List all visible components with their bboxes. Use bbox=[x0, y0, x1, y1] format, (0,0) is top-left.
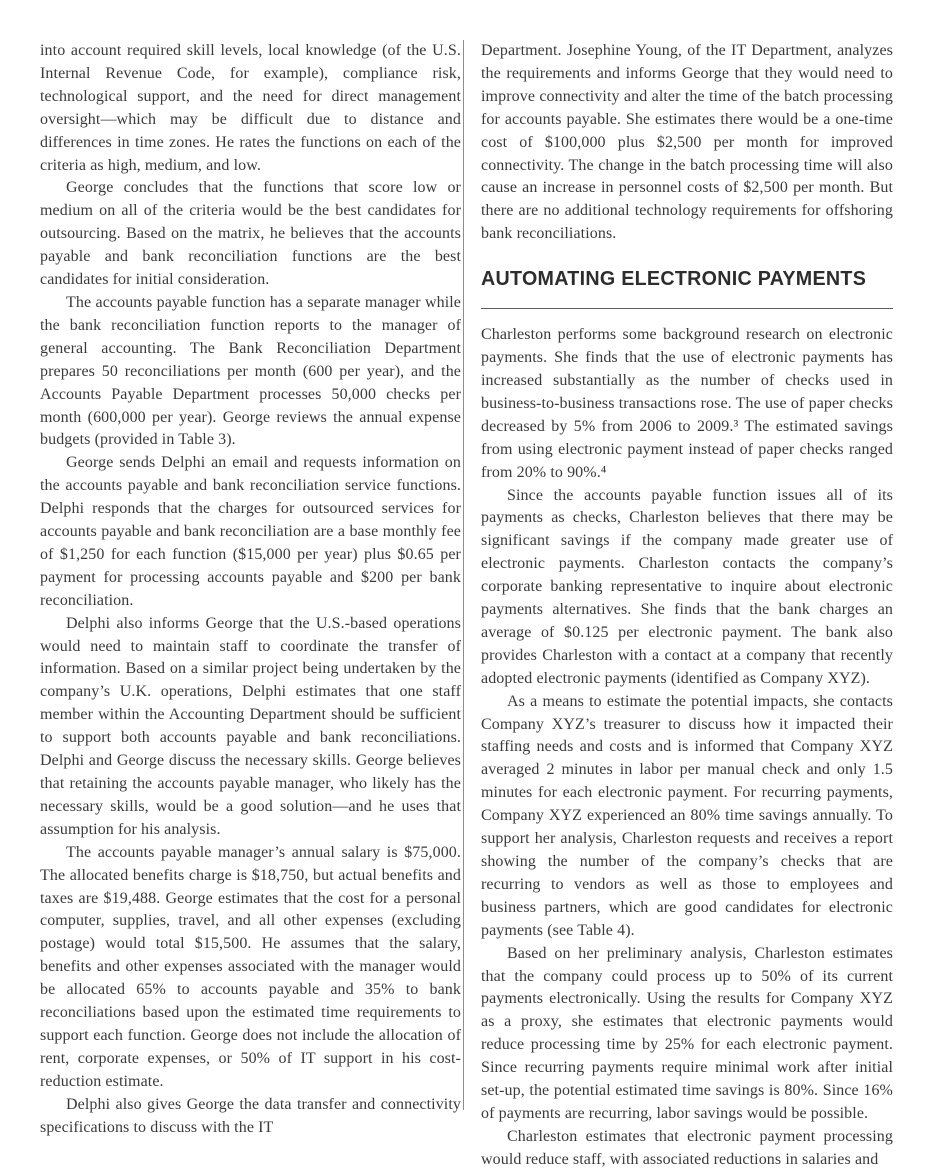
left-text-column: into account required skill levels, loca… bbox=[40, 40, 461, 1140]
paragraph: Charleston estimates that electronic pay… bbox=[481, 1126, 893, 1170]
paragraph: George concludes that the functions that… bbox=[40, 177, 461, 292]
paragraph: Based on her preliminary analysis, Charl… bbox=[481, 943, 893, 1126]
section-heading: AUTOMATING ELECTRONIC PAYMENTS bbox=[481, 267, 877, 291]
paragraph: The accounts payable manager’s annual sa… bbox=[40, 842, 461, 1094]
paragraph: Delphi also informs George that the U.S.… bbox=[40, 613, 461, 842]
paragraph: into account required skill levels, loca… bbox=[40, 40, 461, 177]
paragraph: Since the accounts payable function issu… bbox=[481, 485, 893, 691]
paragraph: As a means to estimate the potential imp… bbox=[481, 691, 893, 943]
heading-rule bbox=[481, 308, 893, 309]
document-page: into account required skill levels, loca… bbox=[0, 0, 938, 1170]
paragraph: George sends Delphi an email and request… bbox=[40, 452, 461, 612]
paragraph: Charleston performs some background rese… bbox=[481, 324, 893, 484]
paragraph: Department. Josephine Young, of the IT D… bbox=[481, 40, 893, 246]
right-text-column: Department. Josephine Young, of the IT D… bbox=[481, 40, 893, 1170]
paragraph: Delphi also gives George the data transf… bbox=[40, 1094, 461, 1140]
column-divider bbox=[463, 40, 464, 1110]
paragraph: The accounts payable function has a sepa… bbox=[40, 292, 461, 452]
